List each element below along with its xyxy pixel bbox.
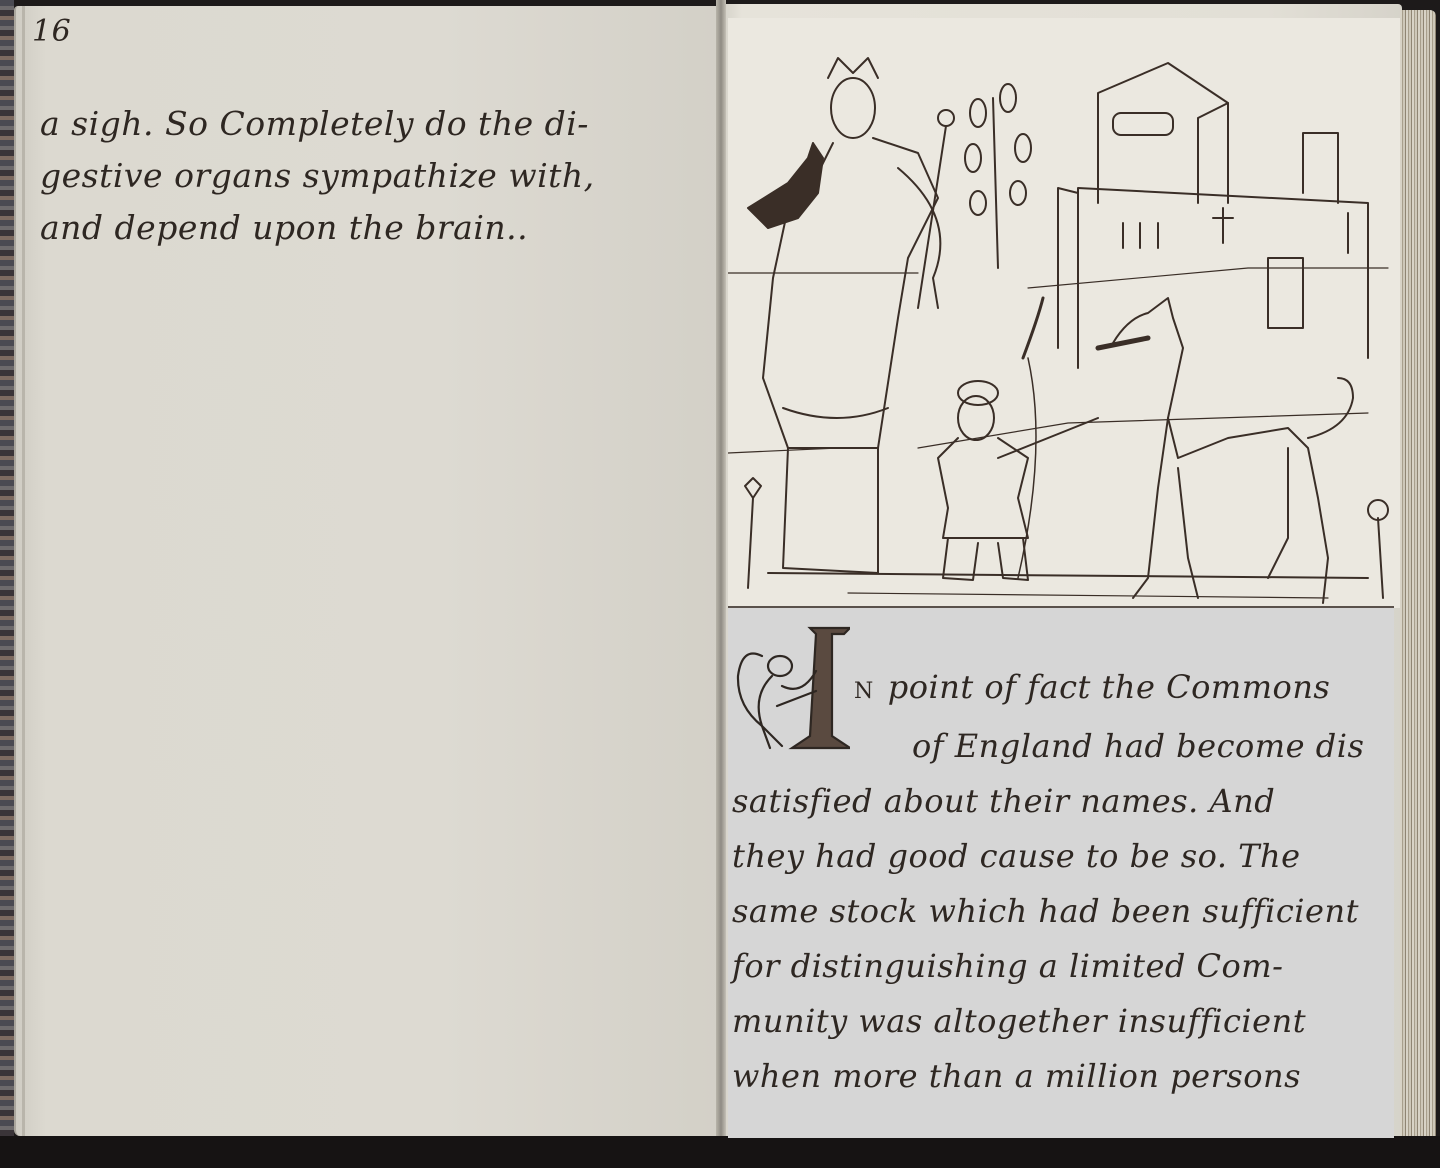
drop-cap-continuation: N xyxy=(854,679,874,704)
text-line: munity was altogether insufficient xyxy=(732,994,1372,1049)
left-page-text: a sigh. So Completely do the di- gestive… xyxy=(40,98,700,254)
page-edge-line xyxy=(22,6,25,1136)
right-page-text: Npoint of fact the Commons of England ha… xyxy=(732,660,1372,1104)
greyhound-icon xyxy=(1098,298,1353,603)
text-line: they had good cause to be so. The xyxy=(732,829,1372,884)
text-line: of England had become dis xyxy=(732,719,1372,774)
page-number: 16 xyxy=(32,14,71,49)
flower-icon xyxy=(745,478,1388,598)
hawk-icon xyxy=(748,143,823,228)
bottom-shadow xyxy=(0,1136,1440,1168)
text-line: for distinguishing a limited Com- xyxy=(732,939,1372,994)
text-line: when more than a million persons xyxy=(732,1049,1372,1104)
page-block-edges xyxy=(1400,10,1436,1150)
text-line: gestive organs sympathize with, xyxy=(40,150,700,202)
text-line-content: point of fact the Commons xyxy=(888,668,1331,706)
text-line: and depend upon the brain.. xyxy=(40,202,700,254)
text-line: satisfied about their names. And xyxy=(732,774,1372,829)
book-gutter xyxy=(716,0,726,1168)
marbled-binding-edge xyxy=(0,0,14,1168)
church-icon xyxy=(1058,63,1368,368)
crowned-lady-icon xyxy=(763,58,940,573)
boy-with-bow-icon xyxy=(938,298,1098,580)
text-line: Npoint of fact the Commons xyxy=(732,660,1372,719)
text-line: same stock which had been sufficient xyxy=(732,884,1372,939)
ink-illustration xyxy=(728,18,1400,608)
sceptre-icon xyxy=(918,110,954,308)
notebook-spread: 16 a sigh. So Completely do the di- gest… xyxy=(0,0,1440,1168)
text-line: a sigh. So Completely do the di- xyxy=(40,98,700,150)
tree-icon xyxy=(965,84,1031,268)
